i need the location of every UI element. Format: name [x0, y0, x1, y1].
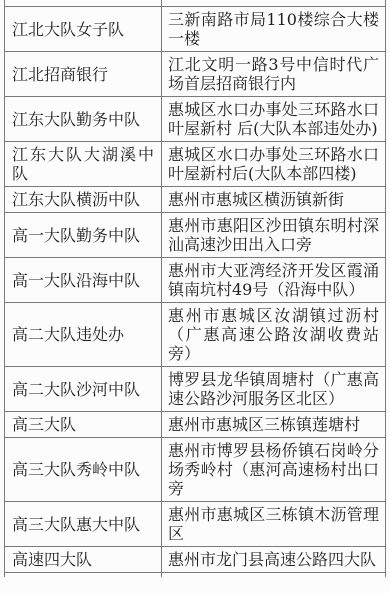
unit-cell: 江北招商银行	[5, 52, 162, 97]
table-row: 高一大队勤务中队 惠州市惠阳区沙田镇东明村深汕高速沙田出入口旁	[5, 213, 386, 258]
table-row: 高三大队惠大中队 惠州市惠城区三栋镇木沥管理区	[5, 502, 386, 547]
table-row: 高速四大队 惠州市龙门县高速公路四大队	[5, 547, 386, 573]
table-row: 江东大队横沥中队 惠州市惠城区横沥镇新街	[5, 187, 386, 213]
table-row: 江东大队大湖溪中队 惠城区水口办事处三环路水口叶屋新村后(大队本部四楼)	[5, 142, 386, 187]
address-cell: 惠州市惠城区三栋镇莲塘村	[162, 412, 386, 438]
unit-cell: 江东大队大湖溪中队	[5, 142, 162, 187]
address-cell: 惠州市惠城区三栋镇木沥管理区	[162, 502, 386, 547]
address-cell: 惠州市惠城区汝湖镇过沥村（广惠高速公路汝湖收费站旁）	[162, 303, 386, 367]
table-row: 高二大队违处办 惠州市惠城区汝湖镇过沥村（广惠高速公路汝湖收费站旁）	[5, 303, 386, 367]
unit-cell: 高三大队秀岭中队	[5, 438, 162, 502]
table-row: 高三大队 惠州市惠城区三栋镇莲塘村	[5, 412, 386, 438]
unit-cell: 高一大队勤务中队	[5, 213, 162, 258]
address-cell: 江北文明一路3号中信时代广场首层招商银行内	[162, 52, 386, 97]
table-row: 高一大队沿海中队 惠州市大亚湾经济开发区霞涌镇南坑村49号（沿海中队）	[5, 258, 386, 303]
unit-cell: 高二大队违处办	[5, 303, 162, 367]
police-unit-address-table: 江北大队女子队 三新南路市局110楼综合大楼一楼 江北招商银行 江北文明一路3号…	[4, 0, 386, 577]
table-row: 高三大队秀岭中队 惠州市博罗县杨侨镇石岗岭分场秀岭村（惠河高速杨村出口旁	[5, 438, 386, 502]
address-cell: 惠城区水口办事处三环路水口叶屋新村 后(大队本部违处办)	[162, 97, 386, 142]
unit-cell: 江东大队勤务中队	[5, 97, 162, 142]
table-row: 高二大队沙河中队 博罗县龙华镇周塘村（广惠高速公路沙河服务区北区）	[5, 367, 386, 412]
address-cell: 惠城区水口办事处三环路水口叶屋新村后(大队本部四楼)	[162, 142, 386, 187]
table-row: 江东大队勤务中队 惠城区水口办事处三环路水口叶屋新村 后(大队本部违处办)	[5, 97, 386, 142]
unit-cell: 高速四大队	[5, 547, 162, 573]
unit-cell: 高三大队惠大中队	[5, 502, 162, 547]
table-row: 江北大队女子队 三新南路市局110楼综合大楼一楼	[5, 7, 386, 52]
address-cell: 惠州市惠阳区沙田镇东明村深汕高速沙田出入口旁	[162, 213, 386, 258]
unit-cell: 高三大队	[5, 412, 162, 438]
address-cell: 惠州市博罗县杨侨镇石岗岭分场秀岭村（惠河高速杨村出口旁	[162, 438, 386, 502]
address-cell: 博罗县龙华镇周塘村（广惠高速公路沙河服务区北区）	[162, 367, 386, 412]
address-cell: 惠州市惠城区横沥镇新街	[162, 187, 386, 213]
unit-cell: 江东大队横沥中队	[5, 187, 162, 213]
address-cell: 惠州市大亚湾经济开发区霞涌镇南坑村49号（沿海中队）	[162, 258, 386, 303]
cutoff-cell	[162, 573, 386, 578]
cutoff-cell	[5, 573, 162, 578]
table-row: 江北招商银行 江北文明一路3号中信时代广场首层招商银行内	[5, 52, 386, 97]
cutoff-row-bottom	[5, 573, 386, 578]
unit-cell: 江北大队女子队	[5, 7, 162, 52]
address-cell: 惠州市龙门县高速公路四大队	[162, 547, 386, 573]
address-cell: 三新南路市局110楼综合大楼一楼	[162, 7, 386, 52]
unit-cell: 高二大队沙河中队	[5, 367, 162, 412]
unit-cell: 高一大队沿海中队	[5, 258, 162, 303]
